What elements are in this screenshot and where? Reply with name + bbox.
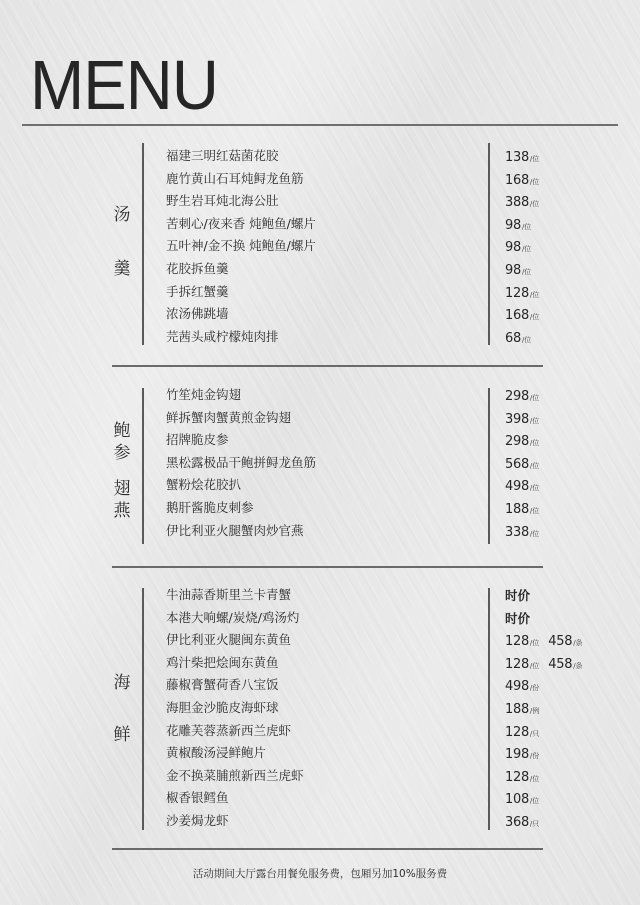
dish-name: 本港大响螺/炭烧/鸡汤灼 <box>166 607 304 630</box>
dish-price: 98/位 <box>505 235 539 258</box>
dish-price: 98/位 <box>505 213 539 236</box>
dish-name: 招牌脆皮参 <box>166 429 316 452</box>
dish-price: 188/位 <box>505 497 539 520</box>
section-left-rule <box>142 388 144 544</box>
dish-price: 568/位 <box>505 452 539 475</box>
dish-price: 188/例 <box>505 697 583 720</box>
dish-price: 338/位 <box>505 520 539 543</box>
dish-price: 128/只 <box>505 720 583 743</box>
dish-price: 298/位 <box>505 384 539 407</box>
dish-name: 沙姜焗龙虾 <box>166 810 304 833</box>
dish-name: 牛油蒜香斯里兰卡青蟹 <box>166 584 304 607</box>
dish-name: 野生岩耳炖北海公肚 <box>166 190 316 213</box>
dish-price: 68/位 <box>505 326 539 349</box>
dish-list: 竹笙炖金钩翅 鲜拆蟹肉蟹黄煎金钩翅 招牌脆皮参 黑松露极品干鲍拼鲟龙鱼筋 蟹粉烩… <box>166 384 316 542</box>
dish-price: 368/只 <box>505 810 583 833</box>
dish-list: 牛油蒜香斯里兰卡青蟹 本港大响螺/炭烧/鸡汤灼 伊比利亚火腿闽东黄鱼 鸡汁柴把烩… <box>166 584 304 833</box>
dish-name: 浓汤佛跳墙 <box>166 303 316 326</box>
header-divider <box>22 124 618 126</box>
dish-name: 鲜拆蟹肉蟹黄煎金钩翅 <box>166 407 316 430</box>
dish-price: 168/位 <box>505 168 539 191</box>
dish-name: 苦刺心/夜来香 炖鲍鱼/螺片 <box>166 213 316 236</box>
dish-name: 藤椒膏蟹荷香八宝饭 <box>166 674 304 697</box>
dish-price: 168/位 <box>505 303 539 326</box>
category-label-char: 翅 <box>108 478 136 501</box>
dish-name: 伊比利亚火腿闽东黄鱼 <box>166 629 304 652</box>
dish-price: 128/位 <box>505 281 539 304</box>
dish-price: 128/位458/条 <box>505 652 583 675</box>
dish-name: 黄椒酸汤浸鲜鲍片 <box>166 742 304 765</box>
dish-name: 五叶神/金不换 炖鲍鱼/螺片 <box>166 235 316 258</box>
category-label-char: 参 <box>108 442 136 465</box>
section-divider <box>112 365 543 367</box>
category-label-char: 鲍 <box>108 420 136 443</box>
dish-list: 福建三明红菇菌花胶 鹿竹黄山石耳炖鲟龙鱼筋 野生岩耳炖北海公肚 苦刺心/夜来香 … <box>166 145 316 348</box>
section-divider <box>112 848 543 850</box>
category-label-char: 燕 <box>108 500 136 523</box>
dish-name: 金不换菜脯煎新西兰虎虾 <box>166 765 304 788</box>
dish-price: 时价 <box>505 607 583 630</box>
dish-price: 198/份 <box>505 742 583 765</box>
dish-price: 108/位 <box>505 787 583 810</box>
category-label-char: 汤 <box>108 204 136 227</box>
dish-price: 398/位 <box>505 407 539 430</box>
dish-name: 蟹粉烩花胶扒 <box>166 474 316 497</box>
category-label-char: 鲜 <box>108 724 136 747</box>
service-fee-note: 活动期间大厅露台用餐免服务费，包厢另加10%服务费 <box>0 866 640 881</box>
dish-name: 福建三明红菇菌花胶 <box>166 145 316 168</box>
dish-price: 128/位458/条 <box>505 629 583 652</box>
dish-price: 138/位 <box>505 145 539 168</box>
dish-price: 498/份 <box>505 674 583 697</box>
category-label-char: 海 <box>108 672 136 695</box>
dish-name: 芫茜头咸柠檬炖肉排 <box>166 326 316 349</box>
dish-price: 298/位 <box>505 429 539 452</box>
dish-name: 手拆红蟹羹 <box>166 281 316 304</box>
dish-price: 128/位 <box>505 765 583 788</box>
dish-price: 98/位 <box>505 258 539 281</box>
price-list: 时价 时价 128/位458/条 128/位458/条 498/份 188/例 … <box>505 584 583 833</box>
price-list: 298/位 398/位 298/位 568/位 498/位 188/位 338/… <box>505 384 539 542</box>
dish-name: 鸡汁柴把烩闽东黄鱼 <box>166 652 304 675</box>
dish-name: 黑松露极品干鲍拼鲟龙鱼筋 <box>166 452 316 475</box>
category-label-char: 羹 <box>108 258 136 281</box>
section-right-rule <box>488 388 490 544</box>
section-right-rule <box>488 588 490 830</box>
dish-name: 椒香银鳕鱼 <box>166 787 304 810</box>
price-list: 138/位 168/位 388/位 98/位 98/位 98/位 128/位 1… <box>505 145 539 348</box>
section-left-rule <box>142 143 144 345</box>
dish-name: 伊比利亚火腿蟹肉炒官燕 <box>166 520 316 543</box>
dish-name: 鹅肝酱脆皮刺参 <box>166 497 316 520</box>
section-right-rule <box>488 143 490 345</box>
dish-price: 388/位 <box>505 190 539 213</box>
dish-price: 498/位 <box>505 474 539 497</box>
dish-name: 鹿竹黄山石耳炖鲟龙鱼筋 <box>166 168 316 191</box>
dish-price: 时价 <box>505 584 583 607</box>
dish-name: 花雕芙蓉蒸新西兰虎虾 <box>166 720 304 743</box>
dish-name: 海胆金沙脆皮海虾球 <box>166 697 304 720</box>
dish-name: 花胶拆鱼羹 <box>166 258 316 281</box>
dish-name: 竹笙炖金钩翅 <box>166 384 316 407</box>
menu-title: MENU <box>30 50 218 120</box>
section-left-rule <box>142 588 144 830</box>
section-divider <box>112 566 543 568</box>
